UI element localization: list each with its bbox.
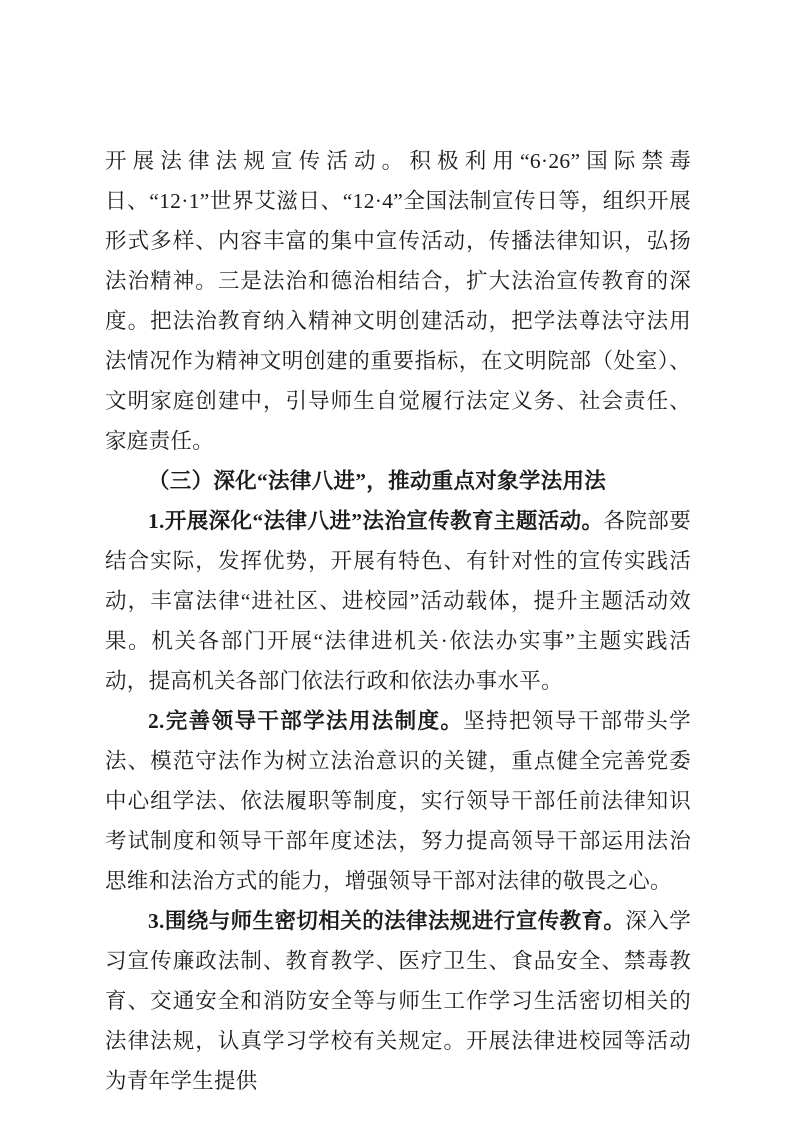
- text-run: 各院部要结合实际，发挥优势，开展有特色、有针对性的宣传实践活动，丰富法律“进社区…: [105, 509, 691, 693]
- text-run: 坚持把领导干部带头学法、模范守法作为树立法治意识的关键，重点健全完善党委中心组学…: [105, 709, 691, 893]
- document-body: 开展法律法规宣传活动。积极利用“6·26”国际禁毒日、“12·1”世界艾滋日、“…: [105, 141, 691, 1101]
- paragraph-continuation: 开展法律法规宣传活动。积极利用“6·26”国际禁毒日、“12·1”世界艾滋日、“…: [105, 141, 691, 461]
- text-run: 深入学习宣传廉政法制、教育教学、医疗卫生、食品安全、禁毒教育、交通安全和消防安全…: [105, 909, 691, 1093]
- text-run: （三）深化“法律八进”，推动重点对象学法用法: [148, 469, 606, 493]
- paragraph-item-2: 2.完善领导干部学法用法制度。坚持把领导干部带头学法、模范守法作为树立法治意识的…: [105, 701, 691, 901]
- text-run: 1.开展深化“法律八进”法治宣传教育主题活动。: [148, 509, 603, 533]
- document-page: 开展法律法规宣传活动。积极利用“6·26”国际禁毒日、“12·1”世界艾滋日、“…: [0, 0, 793, 1122]
- paragraph-item-1: 1.开展深化“法律八进”法治宣传教育主题活动。各院部要结合实际，发挥优势，开展有…: [105, 501, 691, 701]
- text-run: 3.围绕与师生密切相关的法律法规进行宣传教育。: [148, 909, 625, 933]
- text-run: 开展法律法规宣传活动。积极利用“6·26”国际禁毒日、“12·1”世界艾滋日、“…: [105, 149, 691, 453]
- section-heading: （三）深化“法律八进”，推动重点对象学法用法: [105, 461, 691, 501]
- paragraph-item-3: 3.围绕与师生密切相关的法律法规进行宣传教育。深入学习宣传廉政法制、教育教学、医…: [105, 901, 691, 1101]
- text-run: 2.完善领导干部学法用法制度。: [148, 709, 463, 733]
